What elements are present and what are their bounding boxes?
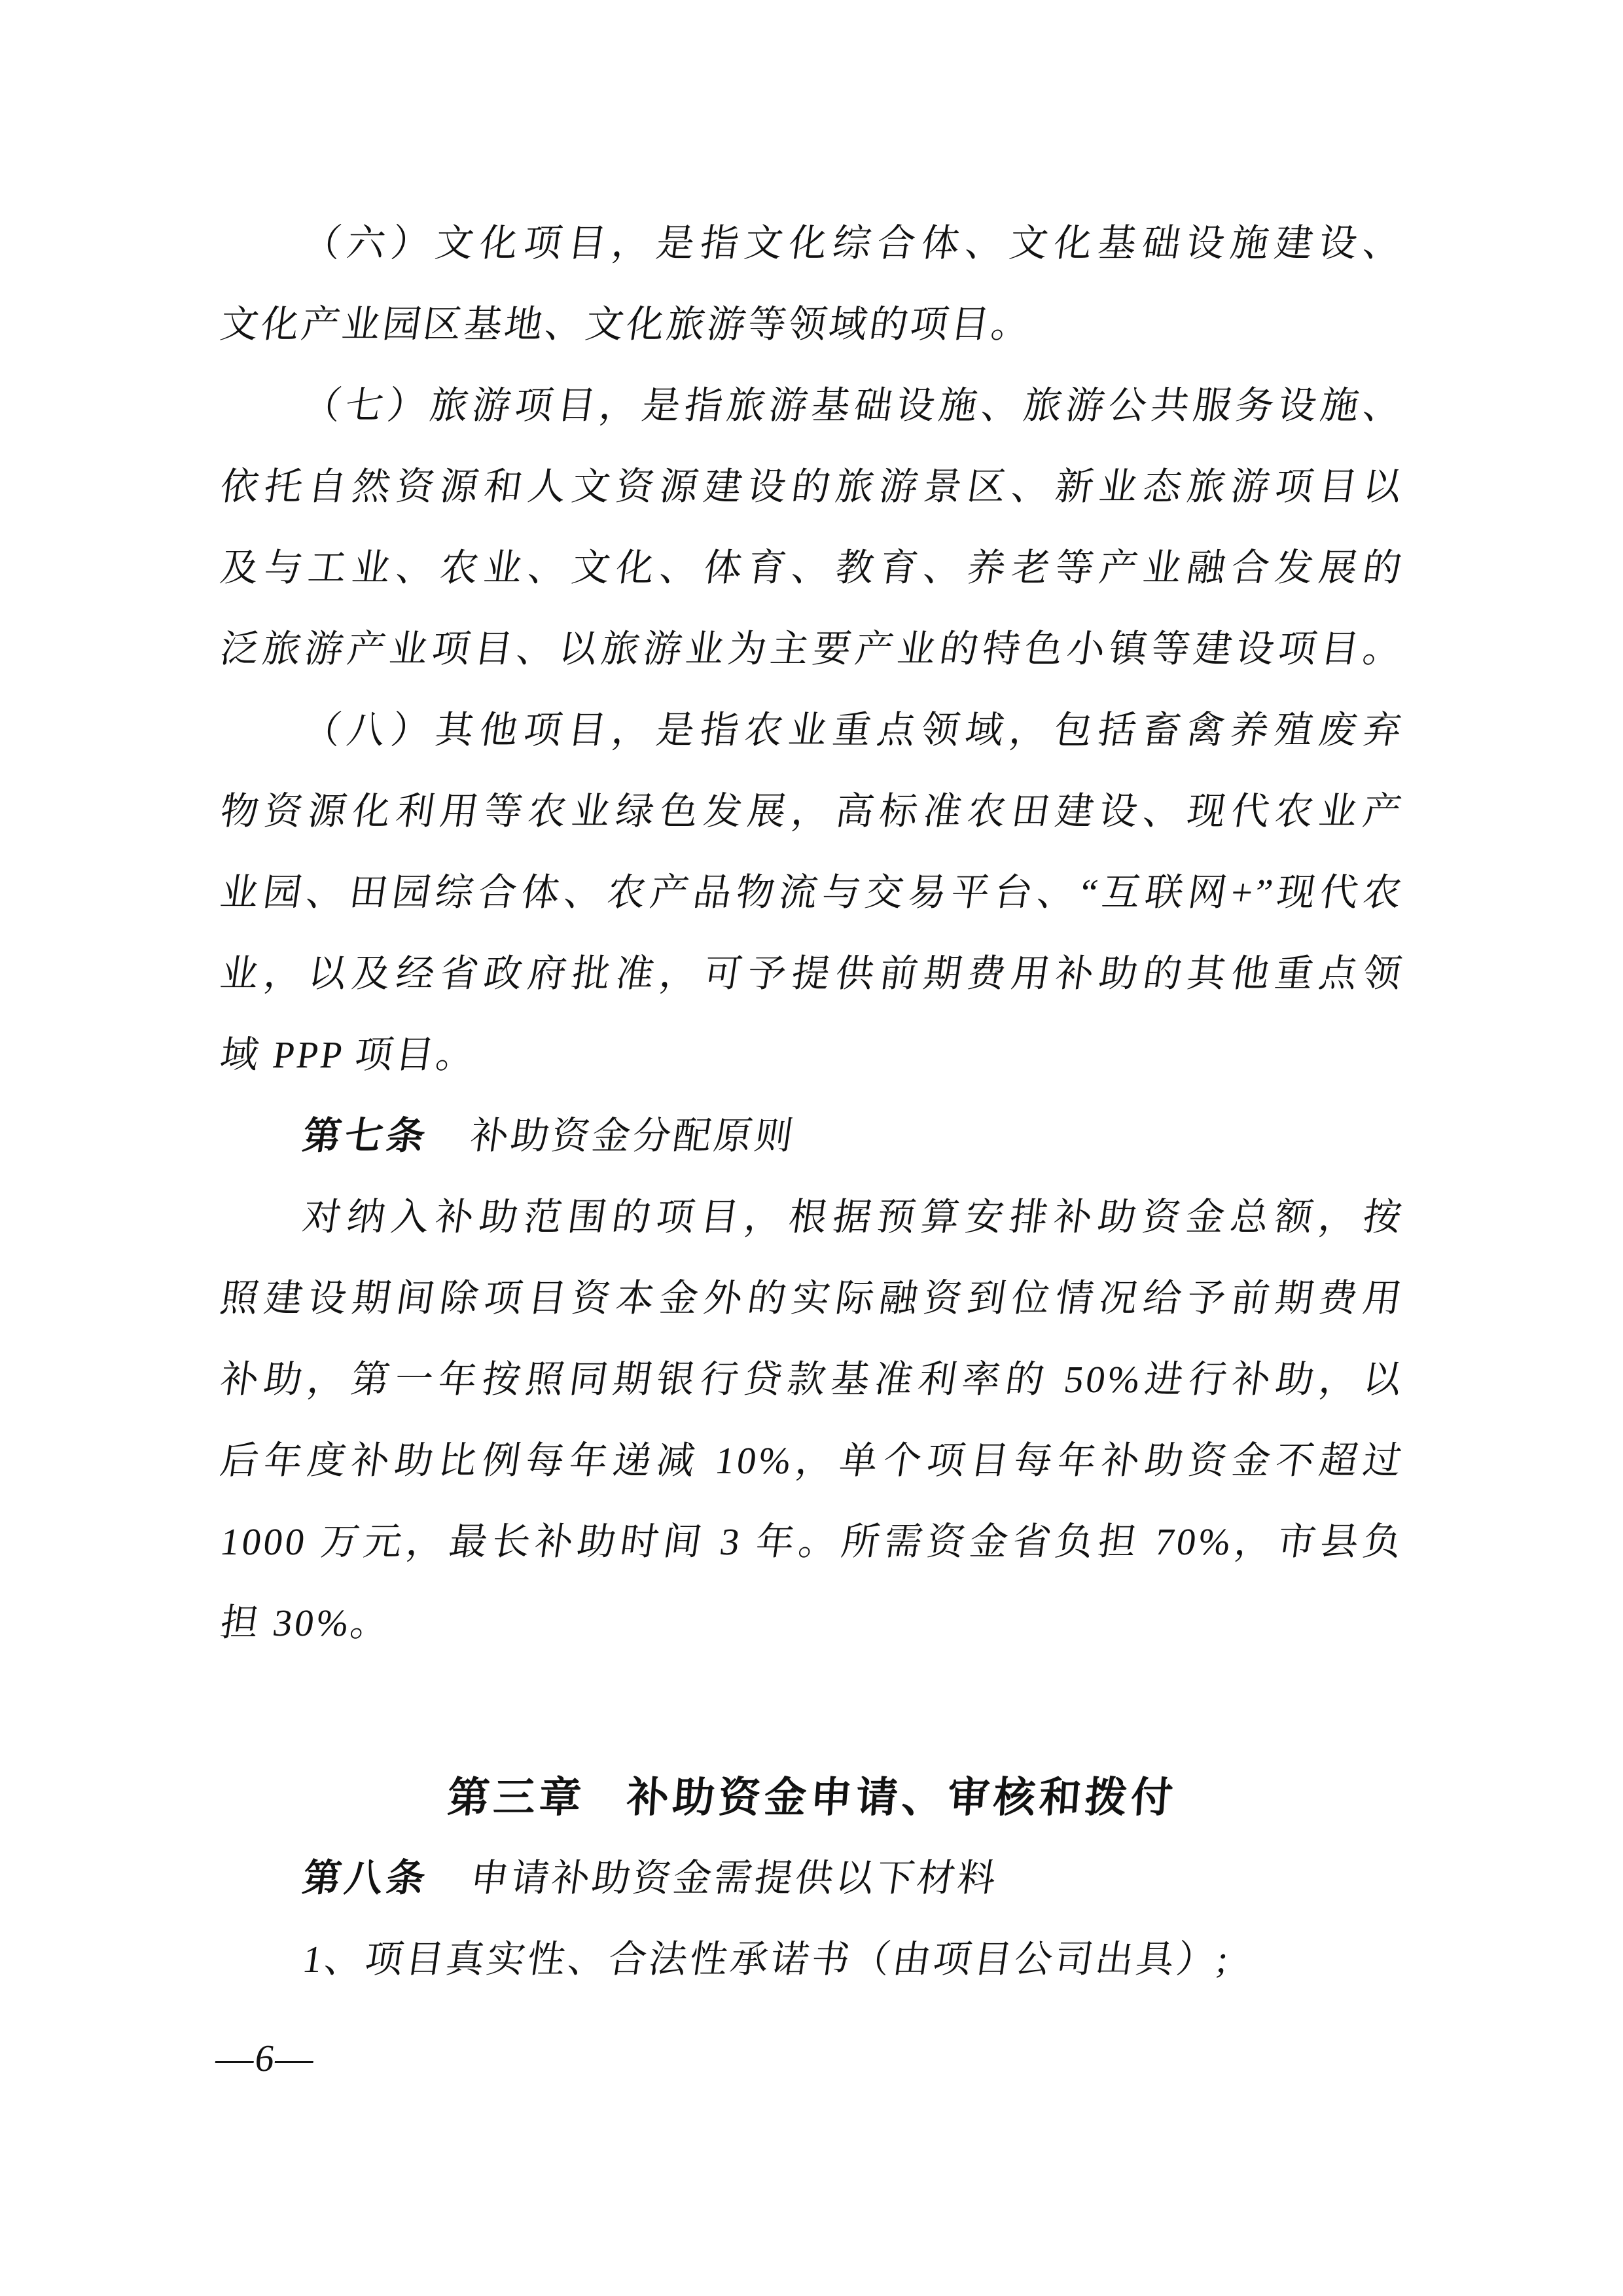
- text-line: （七）旅游项目，是指旅游基础设施、旅游公共服务设施、: [215, 365, 1409, 446]
- text-line: （八）其他项目，是指农业重点领域，包括畜禽养殖废弃: [215, 690, 1409, 771]
- chapter-3-heading: 第三章补助资金申请、审核和拨付: [218, 1757, 1407, 1838]
- text-line: 后年度补助比例每年递减 10%，单个项目每年补助资金不超过: [215, 1420, 1409, 1501]
- text-line: 泛旅游产业项目、以旅游业为主要产业的特色小镇等建设项目。: [215, 609, 1409, 690]
- article-7-heading: 第七条补助资金分配原则: [215, 1096, 1409, 1177]
- text-line: 对纳入补助范围的项目，根据预算安排补助资金总额，按: [215, 1177, 1409, 1258]
- document-page: （六）文化项目，是指文化综合体、文化基础设施建设、 文化产业园区基地、文化旅游等…: [0, 0, 1623, 2296]
- text-line: 1000 万元，最长补助时间 3 年。所需资金省负担 70%，市县负: [215, 1501, 1409, 1583]
- text-line: 物资源化利用等农业绿色发展，高标准农田建设、现代农业产: [215, 771, 1409, 852]
- text-line: 业，以及经省政府批准，可予提供前期费用补助的其他重点领: [215, 933, 1409, 1014]
- article-7-title: 补助资金分配原则: [468, 1115, 798, 1157]
- text-line: （六）文化项目，是指文化综合体、文化基础设施建设、: [215, 203, 1409, 284]
- document-body: （六）文化项目，是指文化综合体、文化基础设施建设、 文化产业园区基地、文化旅游等…: [221, 203, 1404, 2000]
- text-line: 域 PPP 项目。: [215, 1014, 1409, 1096]
- text-line: 依托自然资源和人文资源建设的旅游景区、新业态旅游项目以: [215, 446, 1409, 528]
- list-item-1: 1、项目真实性、合法性承诺书（由项目公司出具）;: [215, 1919, 1409, 2000]
- chapter-3-label: 第三章: [446, 1774, 586, 1821]
- text-line: 补助，第一年按照同期银行贷款基准利率的 50%进行补助，以: [215, 1339, 1409, 1420]
- text-line: 照建设期间除项目资本金外的实际融资到位情况给予前期费用: [215, 1258, 1409, 1339]
- article-8-label: 第八条: [300, 1857, 432, 1899]
- article-8-heading: 第八条申请补助资金需提供以下材料: [215, 1838, 1409, 1919]
- text-line: 担 30%。: [215, 1583, 1409, 1664]
- chapter-3-title: 补助资金申请、审核和拨付: [625, 1774, 1178, 1821]
- page-number: —6—: [210, 2018, 320, 2099]
- text-line: 业园、田园综合体、农产品物流与交易平台、“互联网+”现代农: [215, 852, 1409, 933]
- text-line: 文化产业园区基地、文化旅游等领域的项目。: [215, 284, 1409, 365]
- article-7-label: 第七条: [300, 1115, 432, 1157]
- article-8-title: 申请补助资金需提供以下材料: [468, 1857, 1001, 1899]
- text-line: 及与工业、农业、文化、体育、教育、养老等产业融合发展的: [215, 528, 1409, 609]
